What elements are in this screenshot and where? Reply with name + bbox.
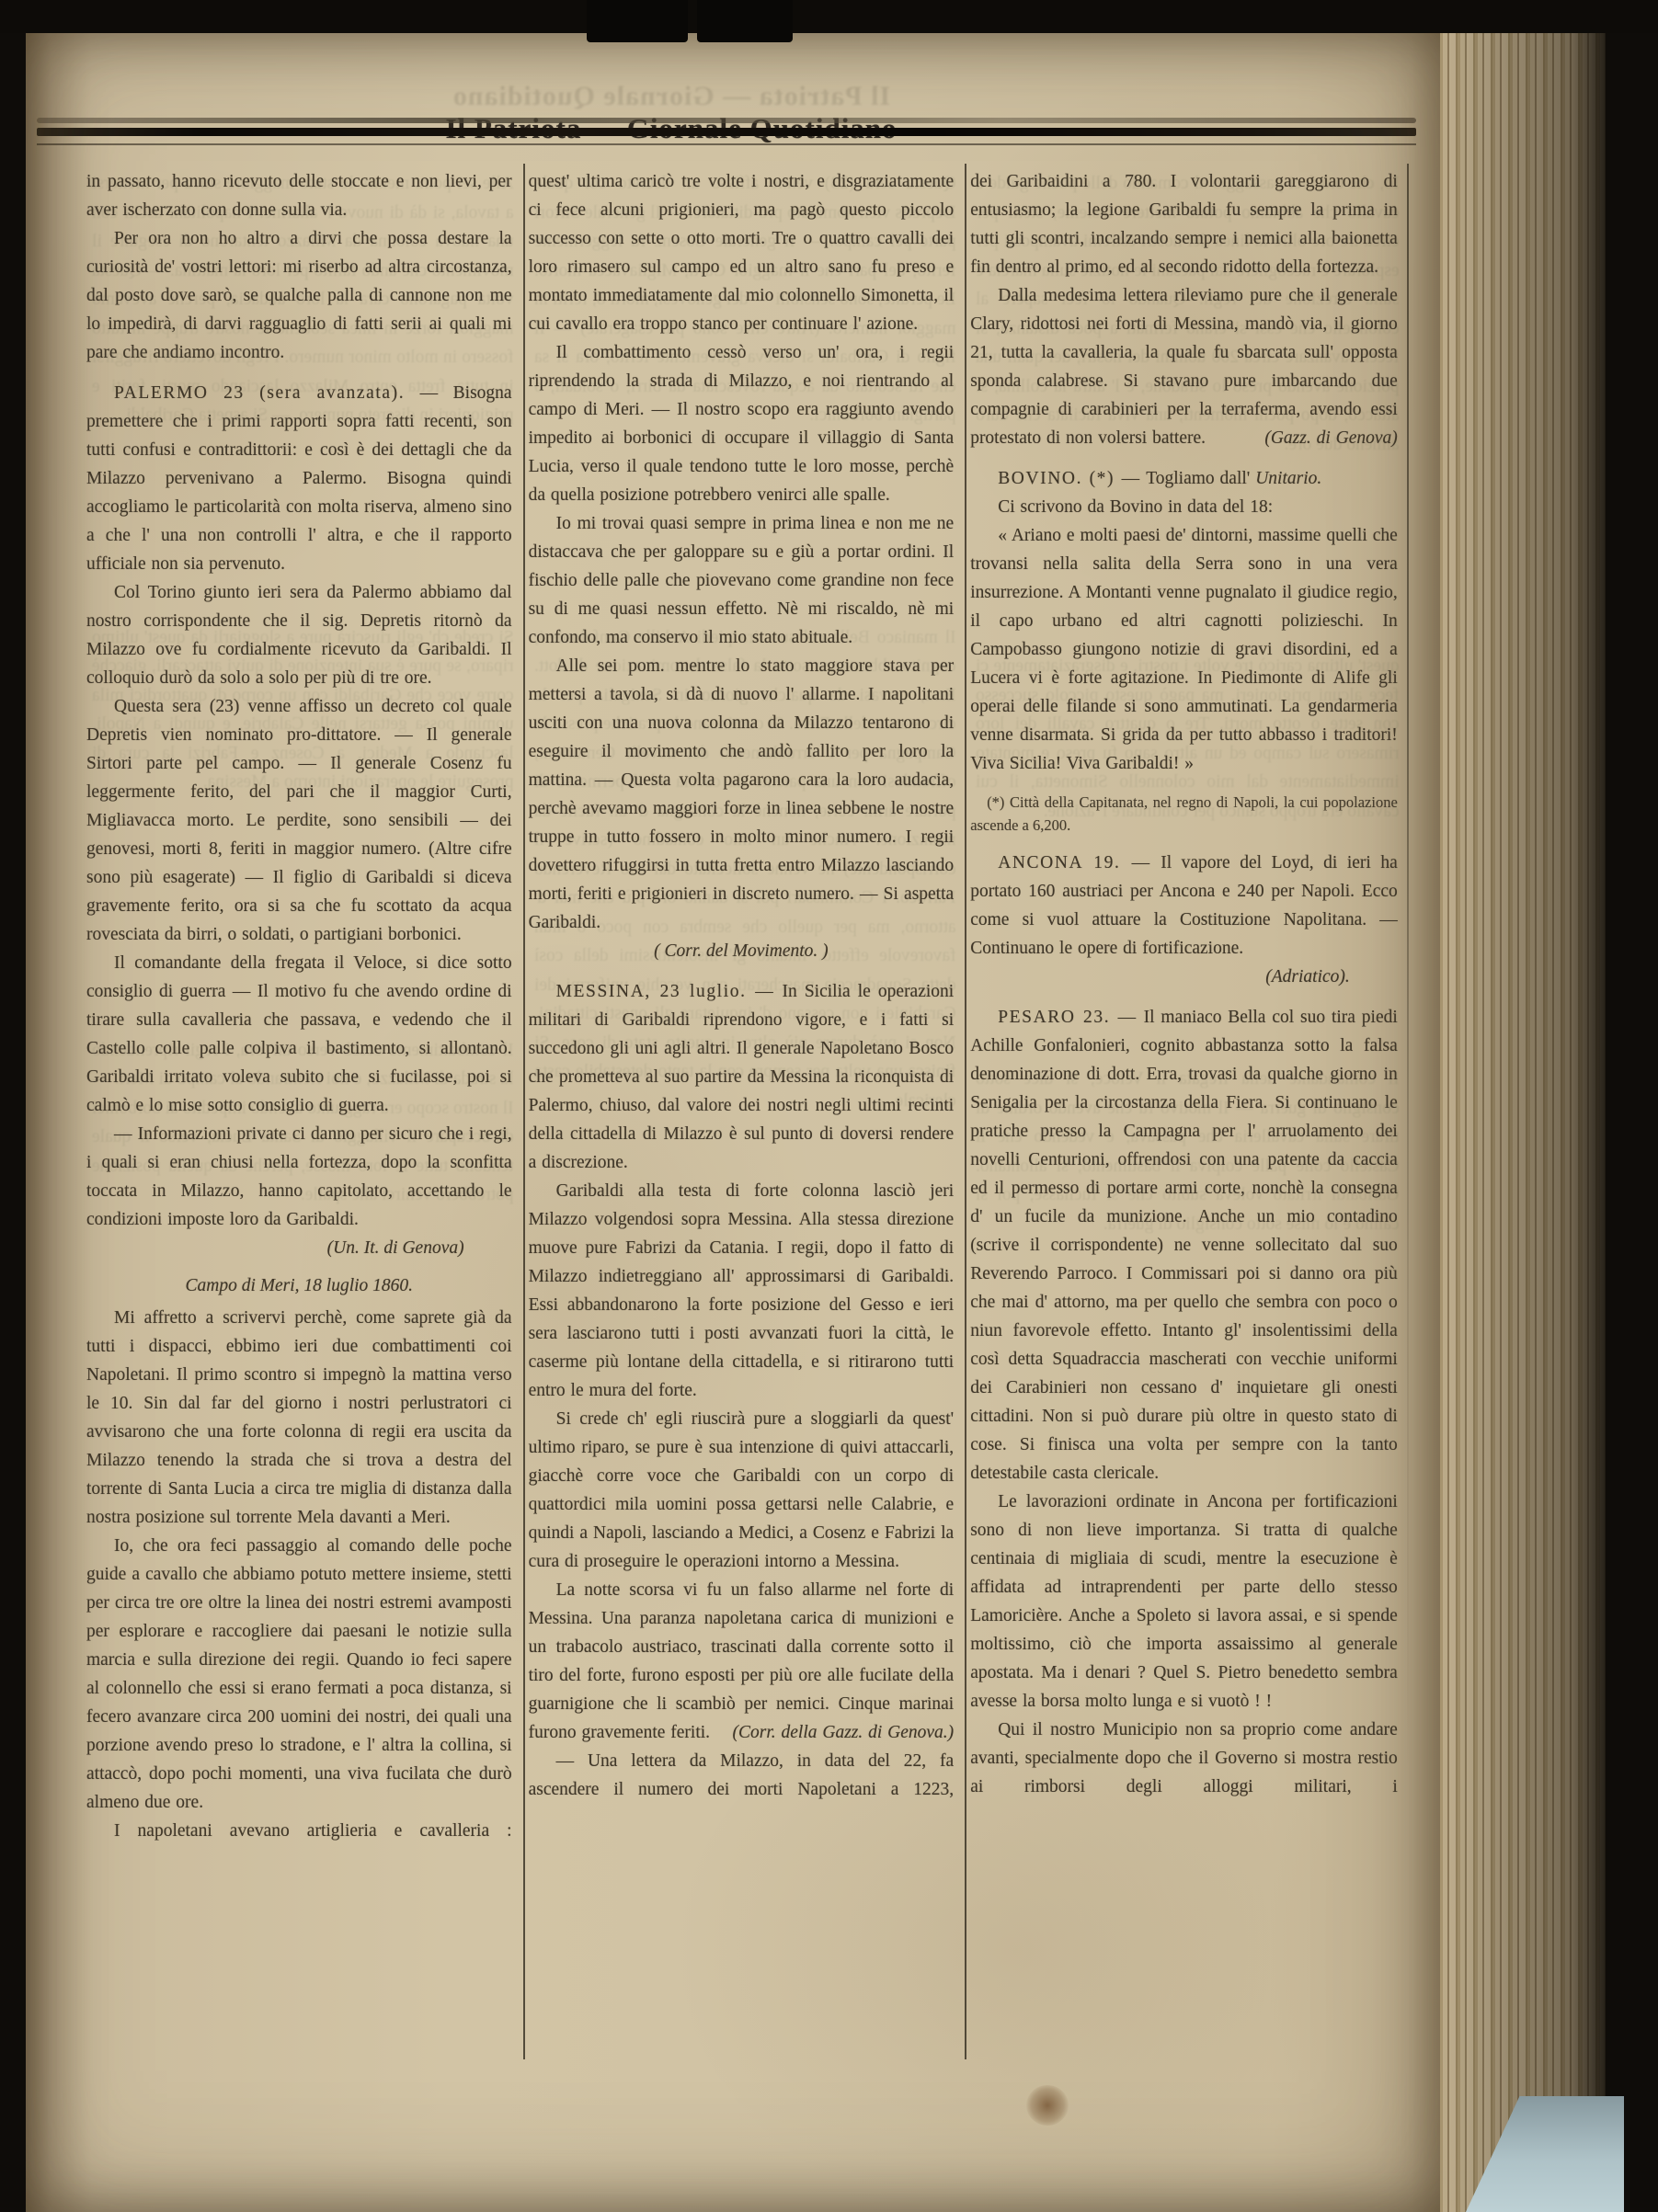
- paragraph: — Una lettera da Milazzo, in data del 22…: [529, 1747, 955, 1804]
- source-attribution: ( Corr. del Movimento. ): [529, 937, 955, 965]
- source-attribution: (Corr. della Gazz. di Genova.): [732, 1718, 954, 1747]
- paragraph: Si crede ch' egli riuscirà pure a sloggi…: [529, 1405, 955, 1576]
- paragraph-text: Il maniaco Bella col suo tira piedi Achi…: [970, 1008, 1398, 1483]
- dateline-lead: ANCONA 19. —: [998, 853, 1150, 872]
- paragraph: La notte scorsa vi fu un falso allarme n…: [529, 1576, 955, 1747]
- paragraph: Il comandante della fregata il Veloce, s…: [86, 949, 512, 1120]
- paragraph-dateline-bovino: BOVINO. (*) — Togliamo dall' Unitario.: [970, 464, 1398, 493]
- masthead-rule: [37, 118, 1416, 145]
- masthead-rule-thin: [37, 143, 1416, 145]
- masthead-rule-soft: [37, 118, 1416, 123]
- paragraph-dateline-palermo: PALERMO 23 (sera avanzata). — Bisogna pr…: [86, 379, 512, 578]
- paragraph-text: Dalla medesima lettera rileviamo pure ch…: [970, 286, 1398, 448]
- paragraph: Qui il nostro Municipio non sa proprio c…: [970, 1716, 1398, 1801]
- paragraph: quest' ultima caricò tre volte i nostri,…: [529, 167, 955, 338]
- scanned-newspaper: { "masthead": { "title": "Il Patriota — …: [0, 0, 1658, 2212]
- paragraph: Alle sei pom. mentre lo stato maggiore s…: [529, 652, 955, 937]
- paragraph-text: La notte scorsa vi fu un falso allarme n…: [529, 1580, 955, 1742]
- paragraph: in passato, hanno ricevuto delle stoccat…: [86, 167, 512, 224]
- article-columns: Alle sei pom. mentre lo stato maggiore s…: [83, 164, 1409, 2059]
- scanner-background-top: [0, 0, 1658, 33]
- paragraph-text: In Sicilia le operazioni militari di Gar…: [529, 982, 955, 1172]
- paragraph: dei Garibaidini a 780. I volontarii gare…: [970, 167, 1398, 281]
- paragraph: Per ora non ho altro a dirvi che possa d…: [86, 224, 512, 367]
- newspaper-page: Il Patriota — Giornale Quotidiano Il Pat…: [26, 31, 1440, 2212]
- paragraph-text: Togliamo dall': [1146, 469, 1250, 488]
- column-2: Questa sera (23) venne affisso un decret…: [525, 164, 967, 2059]
- paragraph: Io, che ora feci passaggio al comando de…: [86, 1532, 512, 1817]
- source-attribution: (Un. It. di Genova): [86, 1234, 512, 1262]
- paragraph-dateline-pesaro: PESARO 23. — Il maniaco Bella col suo ti…: [970, 1003, 1398, 1488]
- paragraph: I napoletani avevano artiglieria e caval…: [86, 1817, 512, 1845]
- paragraph: Col Torino giunto ieri sera da Palermo a…: [86, 578, 512, 692]
- paragraph: Le lavorazioni ordinate in Ancona per fo…: [970, 1488, 1398, 1716]
- paragraph-text: Bisogna premettere che i primi rapporti …: [86, 383, 512, 574]
- source-attribution: (Adriatico).: [970, 963, 1398, 991]
- paragraph-dateline-ancona: ANCONA 19. — Il vapore del Loyd, di ieri…: [970, 849, 1398, 963]
- paragraph: « Ariano e molti paesi de' dintorni, mas…: [970, 521, 1398, 778]
- dateline-lead: BOVINO. (*) —: [998, 469, 1141, 488]
- paragraph: — Informazioni private ci danno per sicu…: [86, 1120, 512, 1234]
- dateline-lead: MESSINA, 23 luglio. —: [556, 982, 775, 1001]
- paragraph-dateline-messina: MESSINA, 23 luglio. — In Sicilia le oper…: [529, 977, 955, 1177]
- paragraph: Il combattimento cessò verso un' ora, i …: [529, 338, 955, 509]
- book-fore-edge: [1440, 31, 1606, 2212]
- bleed-through-masthead: Il Patriota — Giornale Quotidiano: [359, 81, 984, 112]
- scan-gap: [697, 0, 793, 42]
- column-1: Alle sei pom. mentre lo stato maggiore s…: [83, 164, 525, 2059]
- footnote: (*) Città della Capitanata, nel regno di…: [970, 791, 1398, 837]
- cited-journal-name: Unitario.: [1255, 469, 1321, 488]
- masthead-rule-heavy: [37, 128, 1416, 136]
- paragraph: Io mi trovai quasi sempre in prima linea…: [529, 509, 955, 652]
- paragraph: Ci scrivono da Bovino in data del 18:: [970, 493, 1398, 521]
- scan-gap: [587, 0, 688, 42]
- dateline-lead: PESARO 23. —: [998, 1008, 1138, 1027]
- paragraph: Dalla medesima lettera rileviamo pure ch…: [970, 281, 1398, 452]
- ink-stain: [1026, 2085, 1069, 2126]
- letter-dateline: Campo di Meri, 18 luglio 1860.: [86, 1271, 512, 1300]
- paragraph: Mi affretto a scrivervi perchè, come sap…: [86, 1304, 512, 1532]
- dateline-lead: PALERMO 23 (sera avanzata). —: [114, 383, 440, 403]
- column-3: Io, che ora feci passaggio al comando de…: [966, 164, 1409, 2059]
- paragraph: Garibaldi alla testa di forte colonna la…: [529, 1177, 955, 1405]
- paragraph: Questa sera (23) venne affisso un decret…: [86, 692, 512, 949]
- source-attribution: (Gazz. di Genova): [1264, 424, 1397, 452]
